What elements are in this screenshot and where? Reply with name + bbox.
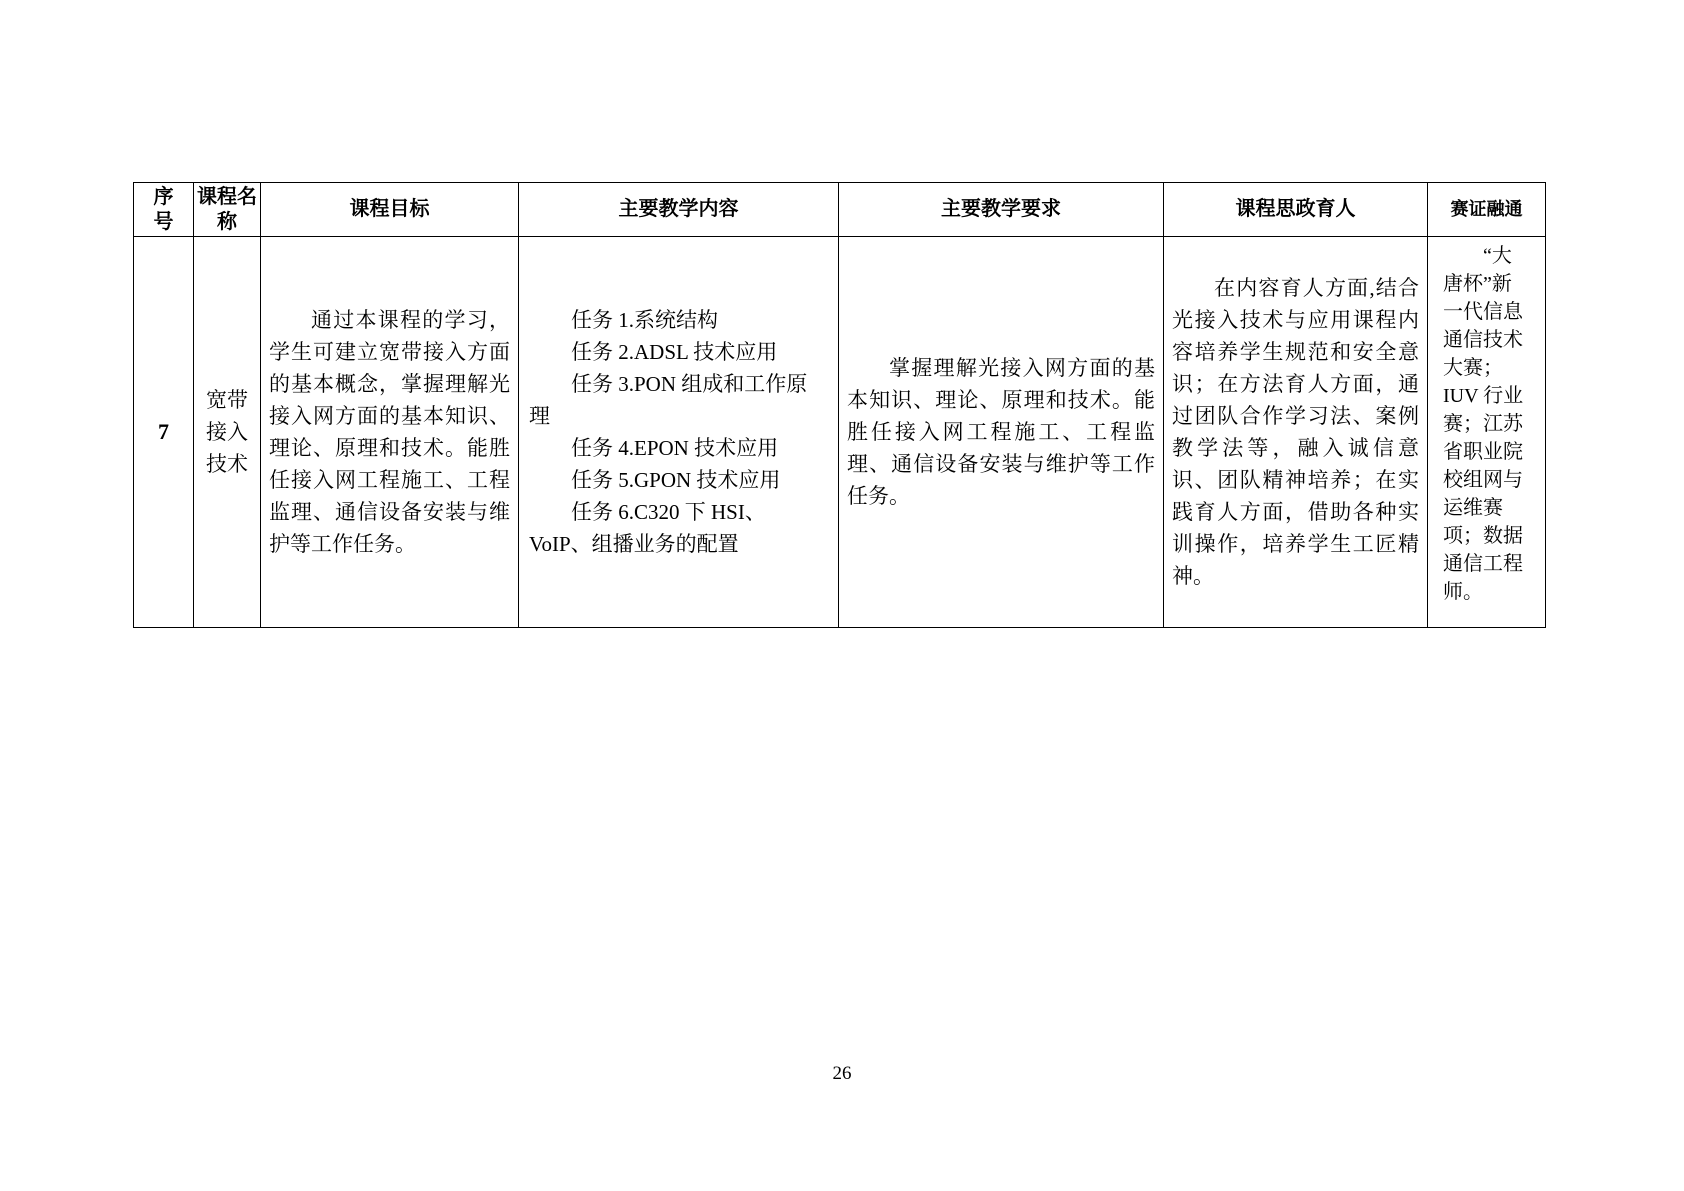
course-table: 序号 课程名称 课程目标 主要教学内容 主要教学要求 课程思政育人 [133, 182, 1546, 628]
cell-ideology-education: 在内容育人方面,结合光接入技术与应用课程内容培养学生规范和安全意识；在方法育人方… [1164, 237, 1428, 628]
header-content-label: 主要教学内容 [619, 198, 739, 220]
task-item-5: 任务 5.GPON 技术应用 [529, 464, 828, 496]
cell-teaching-requirements: 掌握理解光接入网方面的基本知识、理论、原理和技术。能胜任接入网工程施工、工程监理… [839, 237, 1164, 628]
teaching-requirements-text: 掌握理解光接入网方面的基本知识、理论、原理和技术。能胜任接入网工程施工、工程监理… [847, 352, 1155, 512]
header-cell-ideology: 课程思政育人 [1164, 183, 1428, 237]
header-cell-course-name: 课程名称 [194, 183, 261, 237]
header-course-name-label: 课程名称 [197, 186, 257, 233]
serial-number: 7 [158, 419, 169, 444]
header-cell-certification: 赛证融通 [1428, 183, 1546, 237]
header-row: 序号 课程名称 课程目标 主要教学内容 主要教学要求 课程思政育人 [134, 183, 1546, 237]
header-cell-serial: 序号 [134, 183, 194, 237]
course-objectives-text: 通过本课程的学习，学生可建立宽带接入方面的基本概念，掌握理解光接入网方面的基本知… [269, 304, 510, 560]
header-cell-objectives: 课程目标 [261, 183, 519, 237]
cell-serial-number: 7 [134, 237, 194, 628]
task-item-4: 任务 4.EPON 技术应用 [529, 432, 828, 464]
task-item-6: 任务 6.C320 下 HSI、VoIP、组播业务的配置 [529, 496, 828, 560]
ideology-education-text: 在内容育人方面,结合光接入技术与应用课程内容培养学生规范和安全意识；在方法育人方… [1172, 272, 1419, 592]
task-item-3: 任务 3.PON 组成和工作原理 [529, 368, 828, 432]
header-cell-requirements: 主要教学要求 [839, 183, 1164, 237]
course-row: 7 宽带接入技术 通过本课程的学习，学生可建立宽带接入方面的基本概念，掌握理解光… [134, 237, 1546, 628]
header-serial-label: 序号 [153, 185, 175, 235]
header-ideology-label: 课程思政育人 [1236, 198, 1356, 220]
task-item-1: 任务 1.系统结构 [529, 304, 828, 336]
course-name: 宽带接入技术 [206, 388, 248, 476]
certification-text: “大唐杯”新一代信息通信技术大赛；IUV 行业赛；江苏省职业院校组网与运维赛项；… [1443, 242, 1530, 606]
document-page: 序号 课程名称 课程目标 主要教学内容 主要教学要求 课程思政育人 [0, 0, 1684, 1191]
header-requirements-label: 主要教学要求 [941, 198, 1061, 220]
cell-teaching-content: 任务 1.系统结构 任务 2.ADSL 技术应用 任务 3.PON 组成和工作原… [519, 237, 839, 628]
cell-course-name: 宽带接入技术 [194, 237, 261, 628]
header-cell-content: 主要教学内容 [519, 183, 839, 237]
header-certification-label: 赛证融通 [1451, 199, 1523, 219]
cell-certification: “大唐杯”新一代信息通信技术大赛；IUV 行业赛；江苏省职业院校组网与运维赛项；… [1428, 237, 1546, 628]
task-item-2: 任务 2.ADSL 技术应用 [529, 336, 828, 368]
header-objectives-label: 课程目标 [350, 198, 430, 220]
cell-course-objectives: 通过本课程的学习，学生可建立宽带接入方面的基本概念，掌握理解光接入网方面的基本知… [261, 237, 519, 628]
page-number: 26 [0, 1062, 1684, 1086]
